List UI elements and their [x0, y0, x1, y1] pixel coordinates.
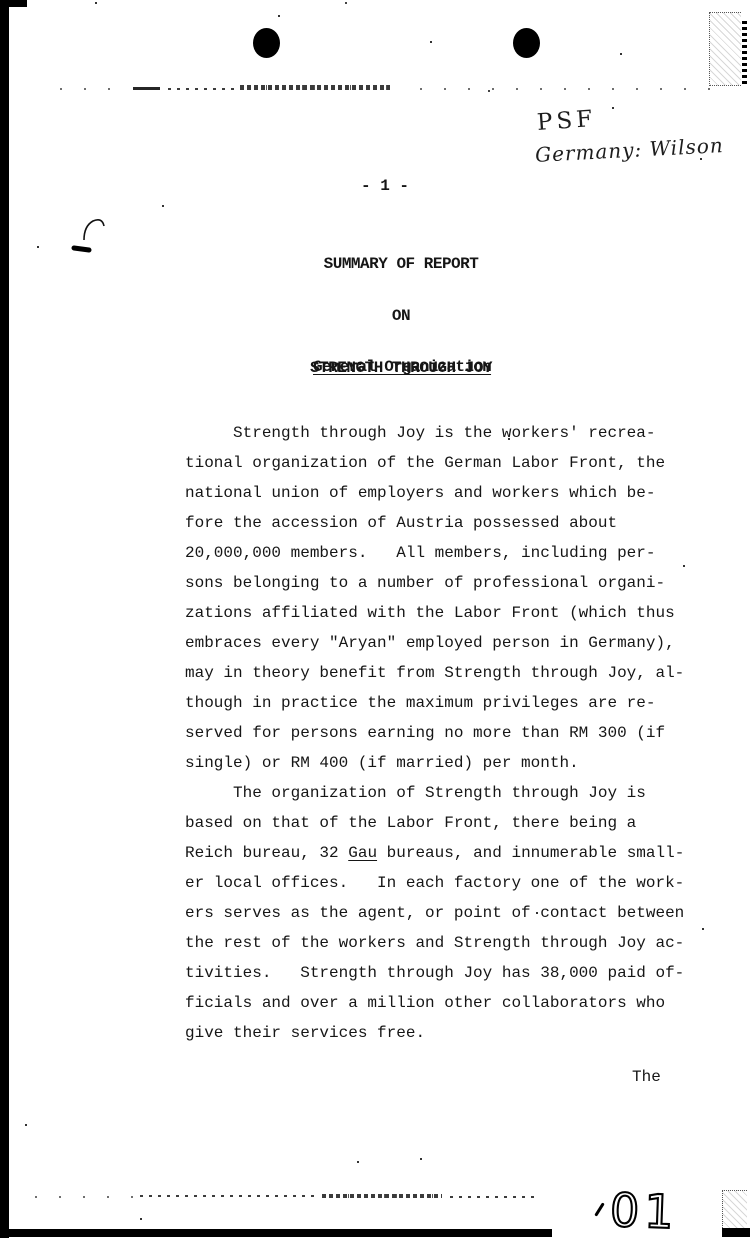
punch-hole-left [253, 28, 280, 58]
speckle-line-segment [168, 88, 236, 90]
handwritten-annotation-germany-wilson: Germany: Wilson [535, 133, 725, 167]
punch-hole-right [513, 28, 540, 58]
text-line: ficials and over a million other collabo… [185, 988, 684, 1018]
text-line: single) or RM 400 (if married) per month… [185, 748, 684, 778]
text-line: based on that of the Labor Front, there … [185, 808, 684, 838]
text-line: ers serves as the agent, or point of con… [185, 898, 684, 928]
text-line: zations affiliated with the Labor Front … [185, 598, 684, 628]
text-line: er local offices. In each factory one of… [185, 868, 684, 898]
scan-edge-bar-bottom-right [722, 1228, 750, 1237]
page-number: - 1 - [361, 177, 409, 195]
text-line: Strength through Joy is the workers' rec… [185, 418, 684, 448]
speckle-line-segment [420, 88, 720, 90]
speckle-line-segment [140, 1195, 320, 1197]
text-line: 20,000,000 members. All members, includi… [185, 538, 684, 568]
speckle-line-segment [240, 85, 390, 90]
text-line: embraces every "Aryan" employed person i… [185, 628, 684, 658]
pen-stroke-mark [58, 212, 118, 262]
text-line: Reich bureau, 32 Gau bureaus, and innume… [185, 838, 684, 868]
scan-edge-bar-left [0, 0, 9, 1238]
speckle-line-segment [35, 1196, 135, 1198]
scan-noise-strip [742, 20, 747, 84]
text-line: give their services free. [185, 1018, 684, 1048]
handwritten-annotation-psf: PSF [536, 106, 597, 136]
body-text: Strength through Joy is the workers' rec… [185, 418, 684, 1048]
scan-noise-patch [722, 1190, 747, 1230]
handwritten-page-number: 01 [609, 1183, 679, 1238]
scan-edge-bar-bottom [0, 1229, 552, 1237]
scan-corner-mark [0, 0, 27, 7]
text-line: fore the accession of Austria possessed … [185, 508, 684, 538]
section-heading: General Organization [313, 358, 491, 376]
catchword: The [632, 1068, 661, 1086]
scan-noise-patch [709, 12, 741, 86]
speckle-line-segment [60, 88, 132, 90]
title-line-2: ON [310, 308, 492, 325]
pen-tick-mark [594, 1202, 604, 1216]
text-line: the rest of the workers and Strength thr… [185, 928, 684, 958]
title-line-1: SUMMARY OF REPORT [310, 256, 492, 273]
text-line: national union of employers and workers … [185, 478, 684, 508]
speckle-line-segment [133, 87, 160, 90]
text-line: served for persons earning no more than … [185, 718, 684, 748]
text-line: may in theory benefit from Strength thro… [185, 658, 684, 688]
text-line: tional organization of the German Labor … [185, 448, 684, 478]
text-line: sons belonging to a number of profession… [185, 568, 684, 598]
text-line: The organization of Strength through Joy… [185, 778, 684, 808]
scan-speckles [0, 0, 2, 2]
scanned-document-page: PSF Germany: Wilson - 1 - SUMMARY OF REP… [0, 0, 750, 1238]
text-line: tivities. Strength through Joy has 38,00… [185, 958, 684, 988]
speckle-line-segment [450, 1196, 538, 1198]
text-line: though in practice the maximum privilege… [185, 688, 684, 718]
report-title: SUMMARY OF REPORT ON STRENGTH THROUGH JO… [310, 221, 492, 412]
speckle-line-segment [322, 1194, 442, 1198]
